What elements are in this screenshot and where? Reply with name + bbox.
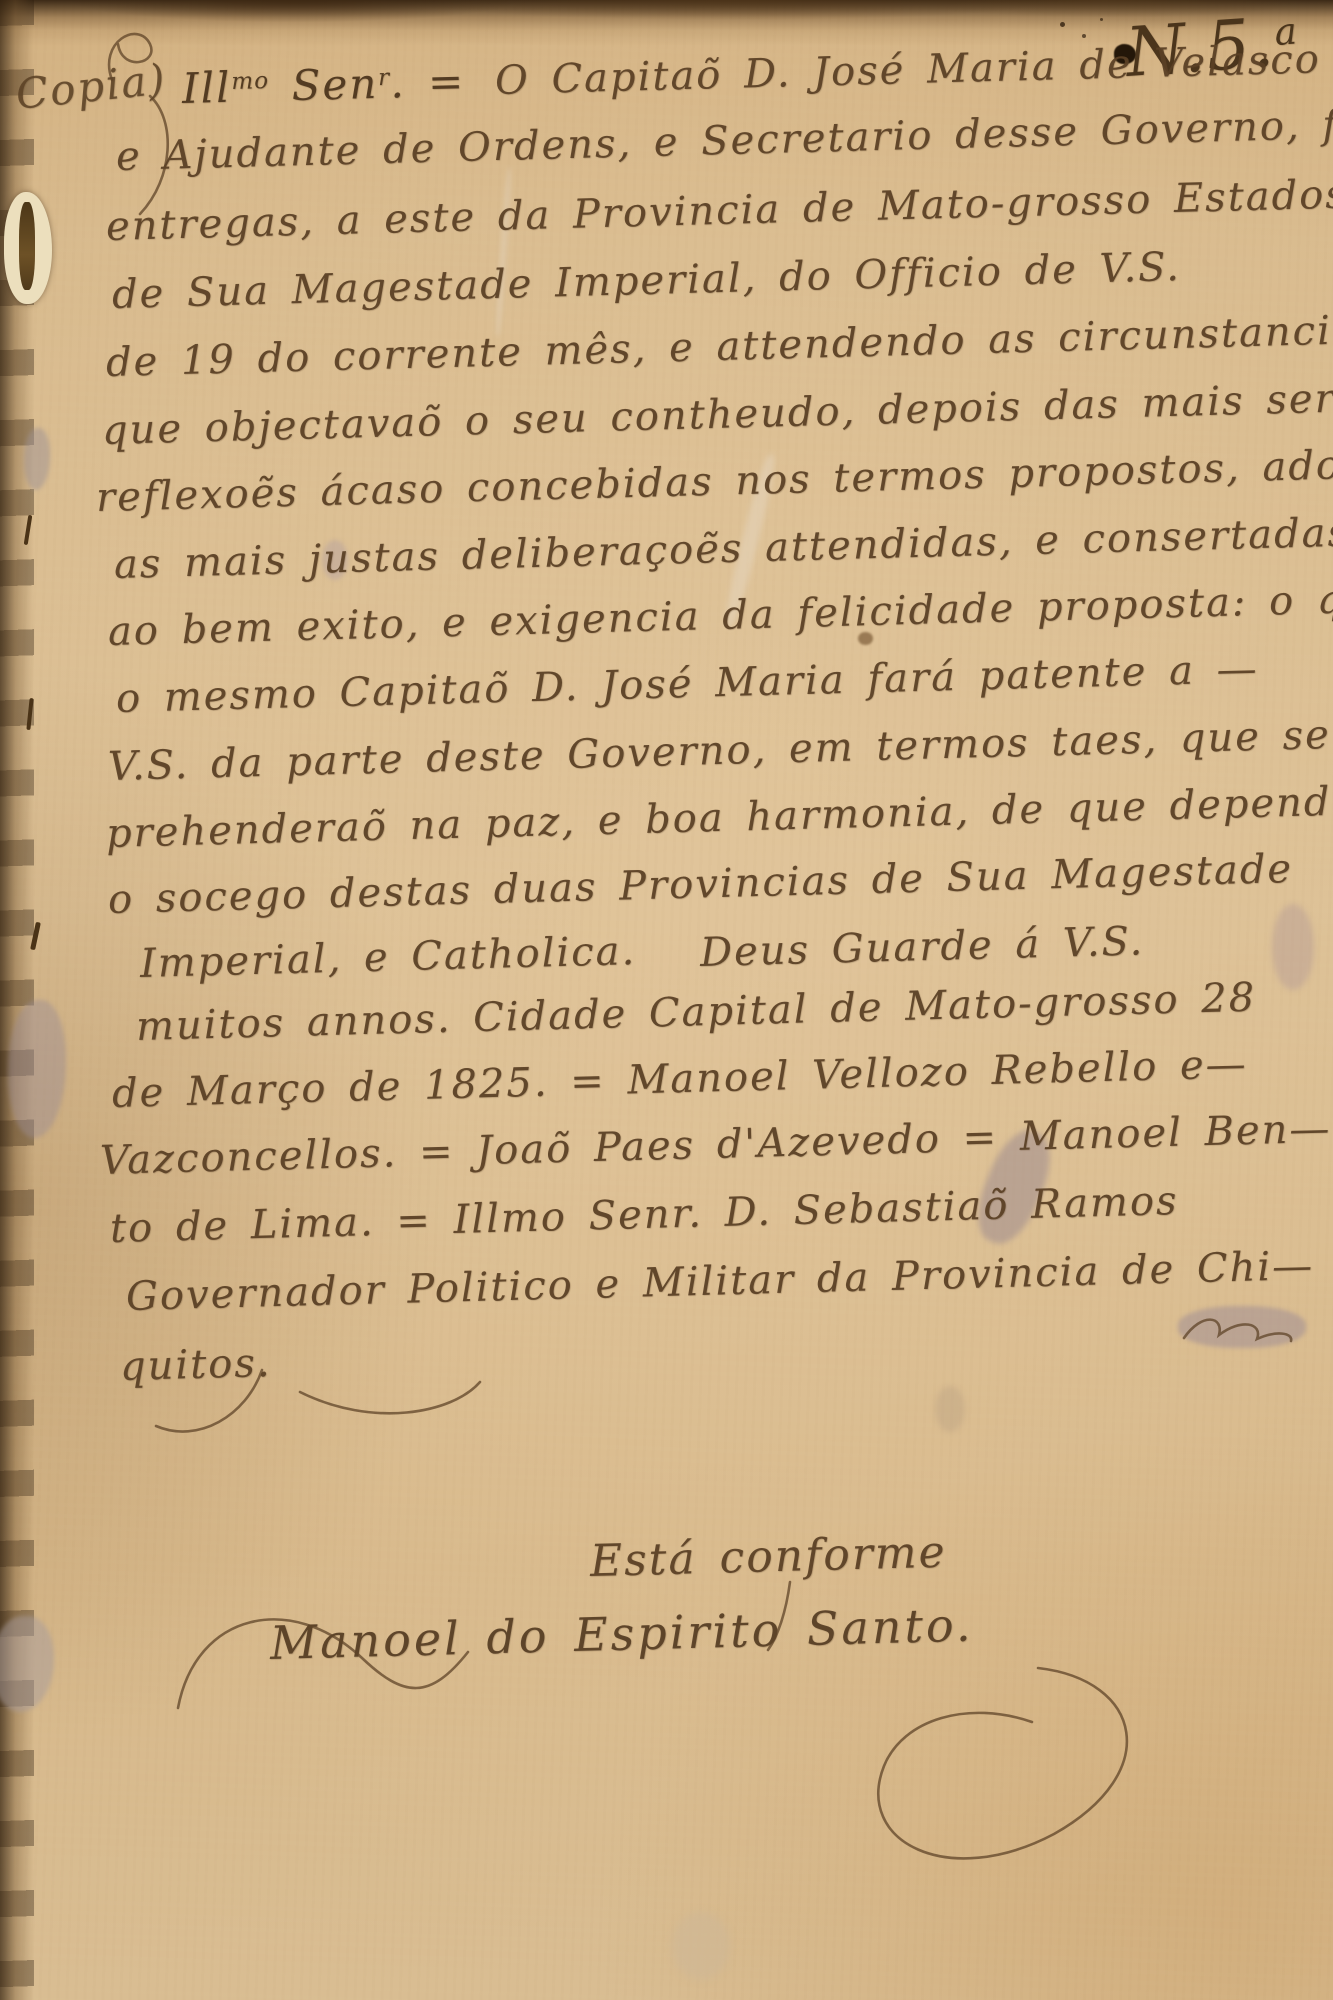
letter-line: de 19 do corrente mês, e attendendo as c…: [105, 306, 1333, 386]
letter-line: de Março de 1825. = Manoel Vellozo Rebel…: [111, 1041, 1248, 1117]
letter-line: entregas, a este da Provincia de Mato-gr…: [105, 171, 1333, 249]
paper-hole-shadow: [19, 202, 35, 290]
letter-line: que objectavaõ o seu contheudo, depois d…: [101, 374, 1333, 454]
letter-line: quitos.: [119, 1340, 272, 1390]
salutation: Illmo Senr. =: [181, 57, 465, 113]
erasure-scribble-icon: [1184, 1320, 1291, 1341]
letter-line: Governador Politico e Militar da Provinc…: [125, 1243, 1314, 1320]
faint-stain: [672, 1912, 730, 1980]
edge-wear-patch: [8, 1000, 66, 1138]
certification-statement: Está conforme: [589, 1527, 947, 1587]
letter-line: o mesmo Capitaõ D. José Maria fará paten…: [115, 646, 1259, 722]
letter-line: Vazconcellos. = Joaõ Paes d'Azevedo = Ma…: [99, 1106, 1332, 1184]
signature: Manoel do Espirito Santo.: [269, 1598, 974, 1670]
blotted-erasure-smudge: [1178, 1306, 1306, 1348]
letter-line: de Sua Magestade Imperial, do Officio de…: [111, 244, 1181, 318]
faint-stain: [935, 1386, 965, 1432]
letter-line: V.S. da parte deste Governo, em termos t…: [107, 708, 1333, 790]
signature-loop-flourish-icon: [878, 1668, 1127, 1858]
paper-hole: [4, 192, 52, 304]
edge-wear-patch: [0, 1616, 54, 1712]
letter-line: e Ajudante de Ordens, e Secretario desse…: [115, 101, 1333, 180]
edge-wear-patch: [24, 428, 50, 490]
letter-line: O Capitaõ D. José Maria de Velasco: [494, 36, 1321, 104]
salutation-part: Ill: [181, 63, 232, 113]
salutation-part: Sen: [269, 59, 379, 111]
closing-phrase-left: Imperial, e Catholica.: [139, 928, 636, 987]
faint-stain: [1272, 904, 1314, 990]
letter-line: as mais justas deliberaçoẽs attendidas, …: [113, 510, 1333, 588]
letter-line: ao bem exito, e exigencia da felicidade …: [107, 575, 1333, 655]
manuscript-page: Copia) N.5.a Illmo Senr. = O Capitaõ D. …: [0, 0, 1333, 2000]
copy-label: Copia): [13, 54, 168, 119]
salutation-part: . =: [390, 57, 466, 108]
letter-line: reflexoẽs ácaso concebidas nos termos pr…: [95, 440, 1333, 521]
letter-line: o socego destas duas Provincias de Sua M…: [107, 846, 1293, 923]
quitos-flourish-icon: [300, 1382, 480, 1413]
salutation-superscript: mo: [231, 68, 269, 95]
closing-phrase-right: Deus Guarde á V.S.: [699, 918, 1144, 976]
letter-line: muitos annos. Cidade Capital de Mato-gro…: [135, 975, 1256, 1050]
letter-line: prehenderaõ na paz, e boa harmonia, de q…: [105, 778, 1333, 857]
letter-line: to de Lima. = Illmo Senr. D. Sebastiaõ R…: [109, 1178, 1179, 1252]
